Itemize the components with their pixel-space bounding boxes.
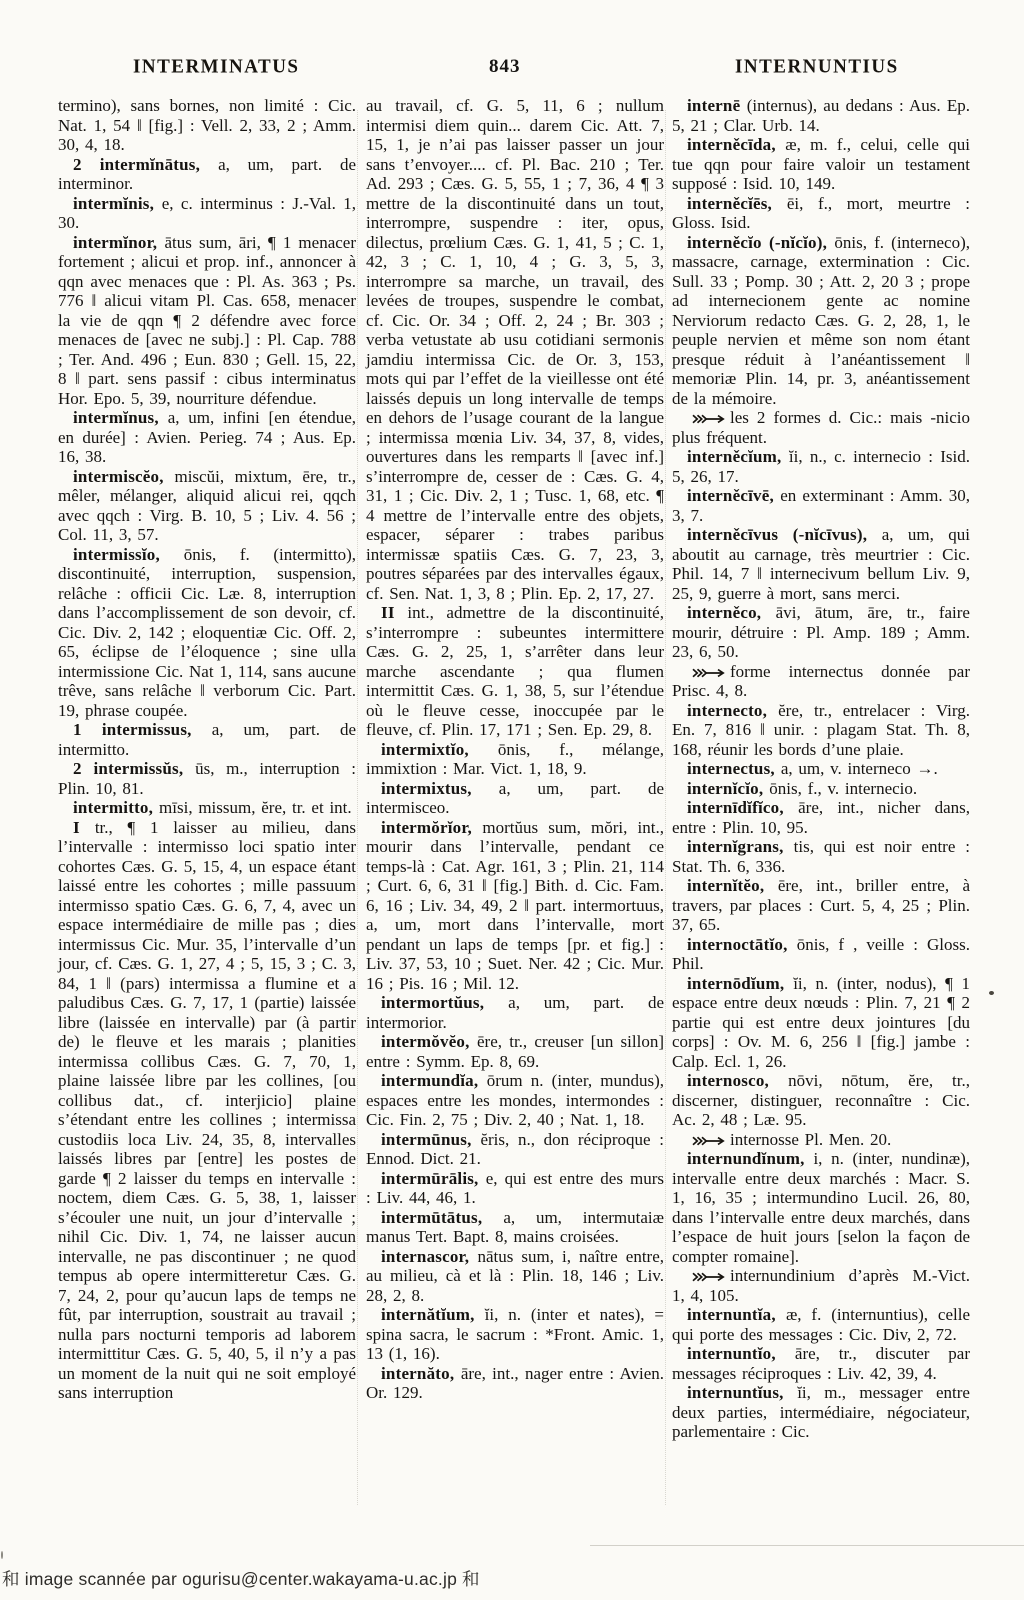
headword: internuntĭo, [687,1344,795,1363]
dictionary-entry: internē (internus), au dedans : Aus. Ep.… [672,96,970,135]
dictionary-entry: internĭtĕo, ēre, int., briller entre, à … [672,876,970,935]
editorial-remark: internundinium d’après M.-Vict. 1, 4, 10… [672,1266,970,1305]
page-number: 843 [489,56,521,78]
dictionary-entry: intermĭnis, e, c. interminus : J.-Val. 1… [58,194,356,233]
dictionary-entry: intermitto, mīsi, missum, ĕre, tr. et in… [58,798,356,818]
dictionary-entry: internundĭnum, i, n. (inter, nundinæ), i… [672,1149,970,1266]
dictionary-entry: interněcĭum, ĭi, n., c. internecio : Isi… [672,447,970,486]
scan-artifact [590,1545,1024,1546]
headword: II [381,603,407,622]
dictionary-entry: internectus, a, um, v. interneco →. [672,759,970,779]
dictionary-entry: internuntĭo, āre, tr., discuter par mess… [672,1344,970,1383]
headword: 2 intermĭnātus, [73,155,218,174]
dictionary-entry: internĭcĭo, ōnis, f., v. internecio. [672,779,970,799]
scan-footer-note: 和 image scannée par ogurisu@center.wakay… [2,1566,1002,1591]
dictionary-entry: interněcīvē, en exterminant : Amm. 30, 3… [672,486,970,525]
headword: intermundĭa, [381,1071,487,1090]
continuation-paragraph: au travail, cf. G. 5, 11, 6 ; nullum int… [366,96,664,603]
headword: internĭtĕo, [687,876,778,895]
dictionary-entry: intermortŭus, a, um, part. de intermorio… [366,993,664,1032]
dictionary-entry: II int., admettre de la discontinuité, s… [366,603,664,740]
page-header: INTERMINATUS 843 INTERNUNTIUS [0,56,1024,82]
headword: intermissĭo, [73,545,184,564]
guide-word-right: INTERNUNTIUS [735,55,899,79]
dictionary-entry: interněcĭo (-nĭcĭo), ōnis, f. (interneco… [672,233,970,409]
dictionary-entry: intermūnus, ĕris, n., don réciproque : E… [366,1130,664,1169]
headword: intermŏrĭor, [381,818,482,837]
text-column-2: au travail, cf. G. 5, 11, 6 ; nullum int… [366,96,664,1403]
headword: internoctātĭo, [687,935,797,954]
headword: I [73,818,95,837]
dictionary-page: INTERMINATUS 843 INTERNUNTIUS termino), … [0,0,1024,1600]
dictionary-entry: intermundĭa, ōrum n. (inter, mundus), es… [366,1071,664,1130]
headword: internătĭum, [381,1305,485,1324]
headword: internuntĭus, [687,1383,797,1402]
dictionary-entry: internecto, ĕre, tr., entrelacer : Virg.… [672,701,970,760]
dictionary-entry: internuntĭus, ĭi, m., messager entre deu… [672,1383,970,1442]
headword: interněcīvē, [687,486,780,505]
dictionary-entry: 1 intermissus, a, um, part. de intermitt… [58,720,356,759]
headword: intermŏvĕo, [381,1032,477,1051]
headword: interněcīvus (-nĭcīvus), [687,525,882,544]
dictionary-entry: internătĭum, ĭi, n. (inter et nates), = … [366,1305,664,1364]
headword: 2 intermissŭs, [73,759,195,778]
headword: intermūnus, [381,1130,480,1149]
headword: intermĭnus, [73,408,168,427]
scan-artifact [989,991,994,995]
dictionary-entry: interněcīvus (-nĭcīvus), a, um, qui abou… [672,525,970,603]
headword: internectus, [687,759,781,778]
remark-arrow-icon [682,662,726,682]
dictionary-entry: interněco, āvi, ātum, āre, tr., faire mo… [672,603,970,662]
dictionary-entry: interněcĭēs, ēi, f., mort, meurtre : Glo… [672,194,970,233]
dictionary-entry: intermŏvĕo, ēre, tr., creuser [un sillon… [366,1032,664,1071]
headword: intermiscĕo, [73,467,174,486]
headword: intermūrālis, [381,1169,486,1188]
editorial-remark: forme internectus donnée par Prisc. 4, 8… [672,662,970,701]
dictionary-entry: intermĭnus, a, um, infini [en étendue, e… [58,408,356,467]
dictionary-entry: 2 intermĭnātus, a, um, part. de intermin… [58,155,356,194]
dictionary-entry: intermūrālis, e, qui est entre des murs … [366,1169,664,1208]
dictionary-entry: internōdĭum, ĭi, n. (inter, nodus), ¶ 1 … [672,974,970,1072]
dictionary-entry: 2 intermissŭs, ūs, m., interruption : Pl… [58,759,356,798]
dictionary-entry: intermixtĭo, ōnis, f., mélange, immixtio… [366,740,664,779]
headword: 1 intermissus, [73,720,212,739]
headword: internăto, [381,1364,461,1383]
headword: interněcĭum, [687,447,789,466]
headword: intermĭnis, [73,194,162,213]
guide-word-left: INTERMINATUS [133,55,300,79]
column-separator [357,110,358,1505]
headword: intermortŭus, [381,993,508,1012]
dictionary-entry: internăto, āre, int., nager entre : Avie… [366,1364,664,1403]
dictionary-entry: intermūtātus, a, um, intermutaiæ manus T… [366,1208,664,1247]
headword: intermixtus, [381,779,499,798]
headword: intermixtĭo, [381,740,498,759]
dictionary-entry: intermĭnor, ātus sum, āri, ¶ 1 menacer f… [58,233,356,409]
dictionary-entry: internascor, nātus sum, i, naître entre,… [366,1247,664,1306]
headword: interněcĭēs, [687,194,787,213]
dictionary-entry: intermiscĕo, miscŭi, mixtum, ēre, tr., m… [58,467,356,545]
dictionary-entry: internuntĭa, æ, f. (internuntius), celle… [672,1305,970,1344]
dictionary-entry: intermissĭo, ōnis, f. (intermitto), disc… [58,545,356,721]
remark-arrow-icon [682,1130,726,1150]
headword: internundĭnum, [687,1149,813,1168]
headword: interněco, [687,603,776,622]
headword: internē [687,96,747,115]
text-column-3: internē (internus), au dedans : Aus. Ep.… [672,96,970,1442]
scan-artifact [1,1551,3,1559]
headword: intermitto, [73,798,159,817]
remark-arrow-icon [682,1266,726,1286]
remark-arrow-icon [682,408,726,428]
continuation-paragraph: termino), sans bornes, non limité : Cic.… [58,96,356,155]
headword: intermūtātus, [381,1208,503,1227]
headword: interněcĭo (-nĭcĭo), [687,233,834,252]
headword: internĭgrans, [687,837,794,856]
dictionary-entry: I tr., ¶ 1 laisser au milieu, dans l’int… [58,818,356,1403]
headword: interněcīda, [687,135,785,154]
dictionary-entry: internoctātĭo, ōnis, f , veille : Gloss.… [672,935,970,974]
dictionary-entry: interněcīda, æ, m. f., celui, celle qui … [672,135,970,194]
headword: internīdĭfĭco, [687,798,798,817]
headword: internascor, [381,1247,477,1266]
text-column-1: termino), sans bornes, non limité : Cic.… [58,96,356,1403]
headword: intermĭnor, [73,233,165,252]
headword: internuntĭa, [687,1305,786,1324]
editorial-remark: les 2 formes d. Cic.: mais -nicio plus f… [672,408,970,447]
dictionary-entry: internĭgrans, tis, qui est noir entre : … [672,837,970,876]
dictionary-entry: intermixtus, a, um, part. de intermisceo… [366,779,664,818]
dictionary-entry: intermŏrĭor, mortŭus sum, mŏri, int., mo… [366,818,664,994]
headword: internōdĭum, [687,974,793,993]
column-separator [665,110,666,1505]
headword: internecto, [687,701,778,720]
headword: internĭcĭo, [687,779,769,798]
editorial-remark: internosse Pl. Men. 20. [672,1130,970,1150]
dictionary-entry: internīdĭfĭco, āre, int., nicher dans, e… [672,798,970,837]
headword: internosco, [687,1071,788,1090]
dictionary-entry: internosco, nōvi, nōtum, ĕre, tr., disce… [672,1071,970,1130]
